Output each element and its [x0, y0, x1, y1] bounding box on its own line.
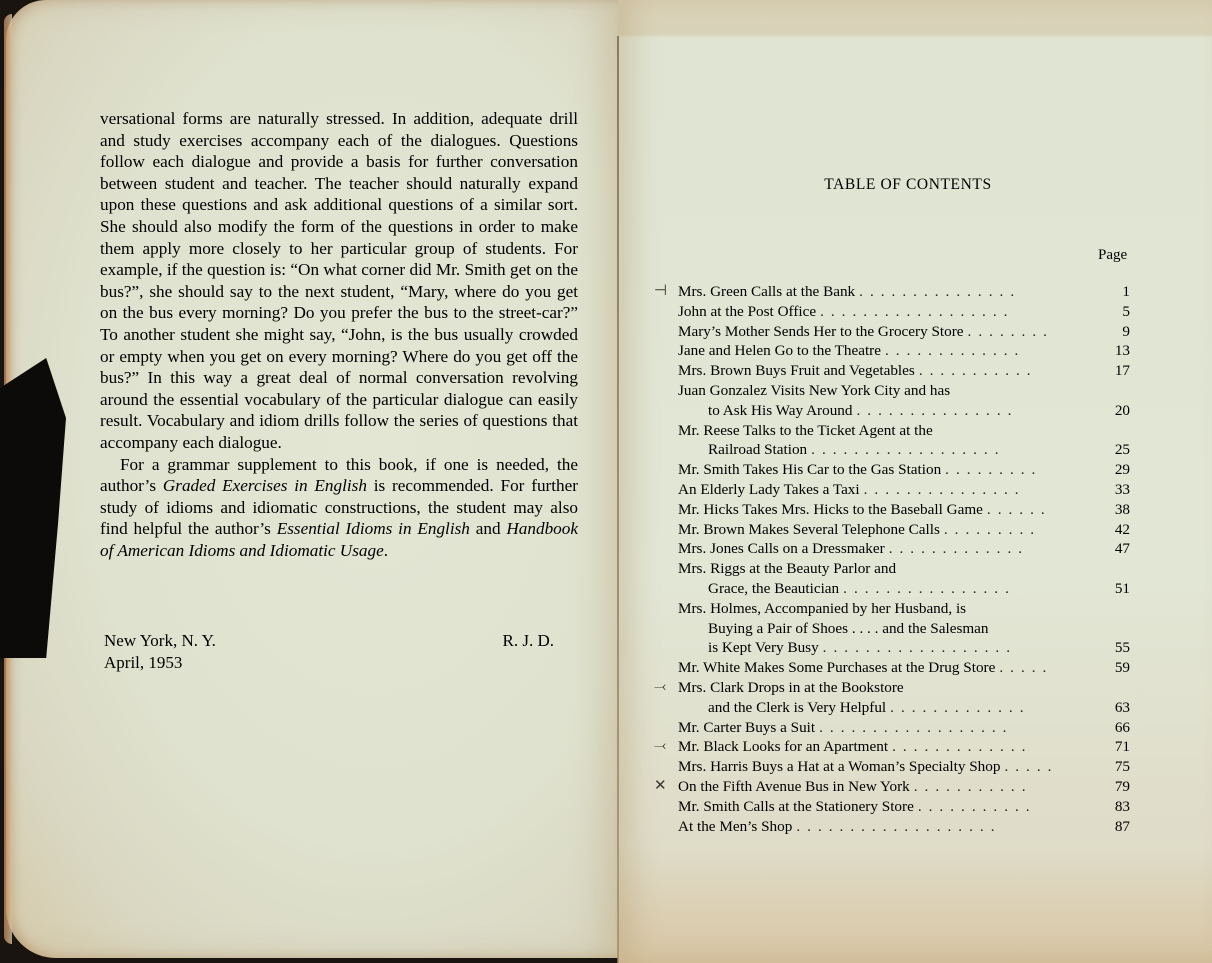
toc-entry: Mr. Brown Makes Several Telephone Calls.… — [618, 520, 1212, 540]
signoff-initials: R. J. D. — [503, 630, 554, 652]
table-of-contents: ⊣Mrs. Green Calls at the Bank...........… — [618, 282, 1212, 836]
toc-entry: ⤙Mr. Black Looks for an Apartment.......… — [618, 737, 1212, 757]
toc-entry: Mr. Smith Takes His Car to the Gas Stati… — [618, 460, 1212, 480]
toc-entry: Jane and Helen Go to the Theatre........… — [618, 341, 1212, 361]
dot-leader: ............. — [885, 342, 1025, 359]
toc-page-number: 71 — [1108, 737, 1130, 757]
toc-page-number: 83 — [1108, 797, 1130, 817]
toc-entry-title: An Elderly Lady Takes a Taxi............… — [618, 480, 1212, 500]
toc-page-number: 38 — [1108, 500, 1130, 520]
toc-entry: Mrs. Brown Buys Fruit and Vegetables....… — [618, 361, 1212, 381]
toc-entry-title: Mr. Reese Talks to the Ticket Agent at t… — [618, 421, 1212, 441]
dot-leader: ..... — [1004, 758, 1058, 775]
toc-entry: Mr. White Makes Some Purchases at the Dr… — [618, 658, 1212, 678]
dot-leader: ............... — [859, 283, 1021, 300]
toc-entry-title: Mr. Smith Takes His Car to the Gas Stati… — [618, 460, 1212, 480]
toc-entry: An Elderly Lady Takes a Taxi............… — [618, 480, 1212, 500]
toc-page-number: 33 — [1108, 480, 1130, 500]
toc-page-number: 51 — [1108, 579, 1130, 599]
toc-entry-title: Mary’s Mother Sends Her to the Grocery S… — [618, 322, 1212, 342]
toc-page-number: 63 — [1108, 698, 1130, 718]
dot-leader: ................ — [843, 580, 1016, 597]
toc-entry: Mrs. Holmes, Accompanied by her Husband,… — [618, 599, 1212, 658]
preface-body: versational forms are naturally stressed… — [100, 108, 578, 561]
text-run: . — [384, 541, 388, 560]
toc-page-number: 17 — [1108, 361, 1130, 381]
text-run: and — [470, 519, 506, 538]
toc-entry-title: Mr. Carter Buys a Suit..................… — [618, 718, 1212, 738]
toc-entry: Mrs. Jones Calls on a Dressmaker........… — [618, 539, 1212, 559]
toc-entry: Juan Gonzalez Visits New York City and h… — [618, 381, 1212, 421]
dot-leader: .................. — [819, 719, 1013, 736]
book-title-reference: Graded Exercises in English — [163, 476, 367, 495]
toc-page-number: 42 — [1108, 520, 1130, 540]
toc-entry: At the Men’s Shop...................87 — [618, 817, 1212, 837]
dot-leader: ......... — [945, 461, 1042, 478]
toc-entry-title-continued: is Kept Very Busy..................55 — [618, 638, 1212, 658]
toc-title: TABLE OF CONTENTS — [618, 176, 1198, 194]
toc-entry: Mr. Reese Talks to the Ticket Agent at t… — [618, 421, 1212, 461]
toc-entry-title: John at the Post Office.................… — [618, 302, 1212, 322]
dot-leader: ........... — [919, 362, 1038, 379]
toc-entry-title: Mr. Hicks Takes Mrs. Hicks to the Baseba… — [618, 500, 1212, 520]
dot-leader: ............. — [892, 738, 1032, 755]
toc-entry-title: Mr. Black Looks for an Apartment........… — [618, 737, 1212, 757]
toc-page-number: 9 — [1108, 322, 1130, 342]
toc-entry: ⤙Mrs. Clark Drops in at the Bookstoreand… — [618, 678, 1212, 718]
toc-entry-title: Mr. Brown Makes Several Telephone Calls.… — [618, 520, 1212, 540]
toc-page-number: 66 — [1108, 718, 1130, 738]
toc-entry-title: Mr. Smith Calls at the Stationery Store.… — [618, 797, 1212, 817]
toc-entry-title-continued: Buying a Pair of Shoes . . . . and the S… — [618, 619, 1212, 639]
dot-leader: ........... — [914, 778, 1033, 795]
toc-page-number: 5 — [1108, 302, 1130, 322]
toc-entry-title: Mrs. Holmes, Accompanied by her Husband,… — [618, 599, 1212, 619]
toc-page-number: 20 — [1108, 401, 1130, 421]
toc-page-number: 55 — [1108, 638, 1130, 658]
toc-page-number: 29 — [1108, 460, 1130, 480]
toc-entry: Mr. Hicks Takes Mrs. Hicks to the Baseba… — [618, 500, 1212, 520]
toc-entry-title: Mr. White Makes Some Purchases at the Dr… — [618, 658, 1212, 678]
toc-entry-title: Mrs. Riggs at the Beauty Parlor and — [618, 559, 1212, 579]
toc-page-number: 87 — [1108, 817, 1130, 837]
toc-entry: Mr. Smith Calls at the Stationery Store.… — [618, 797, 1212, 817]
toc-entry-title-continued: Grace, the Beautician................51 — [618, 579, 1212, 599]
book-spread: versational forms are naturally stressed… — [0, 0, 1212, 963]
dot-leader: ........ — [968, 323, 1054, 340]
dot-leader: ................... — [796, 818, 1001, 835]
dot-leader: .................. — [820, 303, 1014, 320]
dot-leader: ............. — [889, 540, 1029, 557]
signoff-place: New York, N. Y. — [104, 630, 564, 652]
toc-entry-title: Mrs. Jones Calls on a Dressmaker........… — [618, 539, 1212, 559]
toc-entry-title: Mrs. Harris Buys a Hat at a Woman’s Spec… — [618, 757, 1212, 777]
toc-entry-title-continued: and the Clerk is Very Helpful...........… — [618, 698, 1212, 718]
dot-leader: ............... — [856, 402, 1018, 419]
toc-page-number: 59 — [1108, 658, 1130, 678]
toc-entry-title: At the Men’s Shop...................87 — [618, 817, 1212, 837]
preface-signoff: New York, N. Y. April, 1953 R. J. D. — [104, 630, 564, 673]
toc-entry: ⊣Mrs. Green Calls at the Bank...........… — [618, 282, 1212, 302]
toc-page-number: 13 — [1108, 341, 1130, 361]
toc-page-number: 25 — [1108, 440, 1130, 460]
dot-leader: ............. — [890, 699, 1030, 716]
toc-entry: Mr. Carter Buys a Suit..................… — [618, 718, 1212, 738]
toc-page-column-label: Page — [1098, 247, 1127, 264]
toc-entry-title: Juan Gonzalez Visits New York City and h… — [618, 381, 1212, 401]
toc-entry-title-continued: to Ask His Way Around...............20 — [618, 401, 1212, 421]
toc-entry-title: Jane and Helen Go to the Theatre........… — [618, 341, 1212, 361]
dot-leader: ............... — [864, 481, 1026, 498]
toc-entry-title: Mrs. Green Calls at the Bank............… — [618, 282, 1212, 302]
dot-leader: .................. — [823, 639, 1017, 656]
preface-paragraph-2: For a grammar supplement to this book, i… — [100, 454, 578, 562]
toc-entry: Mrs. Harris Buys a Hat at a Woman’s Spec… — [618, 757, 1212, 777]
toc-entry-title: Mrs. Clark Drops in at the Bookstore — [618, 678, 1212, 698]
toc-page-number: 1 — [1108, 282, 1130, 302]
dot-leader: .................. — [811, 441, 1005, 458]
toc-entry: John at the Post Office.................… — [618, 302, 1212, 322]
toc-page-number: 75 — [1108, 757, 1130, 777]
toc-page-number: 79 — [1108, 777, 1130, 797]
toc-entry-title: Mrs. Brown Buys Fruit and Vegetables....… — [618, 361, 1212, 381]
signoff-date: April, 1953 — [104, 652, 564, 674]
toc-entry-title-continued: Railroad Station..................25 — [618, 440, 1212, 460]
dot-leader: ........... — [918, 798, 1037, 815]
book-title-reference: Essential Idioms in English — [277, 519, 470, 538]
toc-entry: ✕On the Fifth Avenue Bus in New York....… — [618, 777, 1212, 797]
toc-entry: Mary’s Mother Sends Her to the Grocery S… — [618, 322, 1212, 342]
toc-page-number: 47 — [1108, 539, 1130, 559]
toc-entry: Mrs. Riggs at the Beauty Parlor andGrace… — [618, 559, 1212, 599]
dot-leader: ...... — [987, 501, 1052, 518]
toc-entry-title: On the Fifth Avenue Bus in New York.....… — [618, 777, 1212, 797]
dot-leader: ......... — [944, 521, 1041, 538]
preface-paragraph-1: versational forms are naturally stressed… — [100, 108, 578, 454]
dot-leader: ..... — [999, 659, 1053, 676]
